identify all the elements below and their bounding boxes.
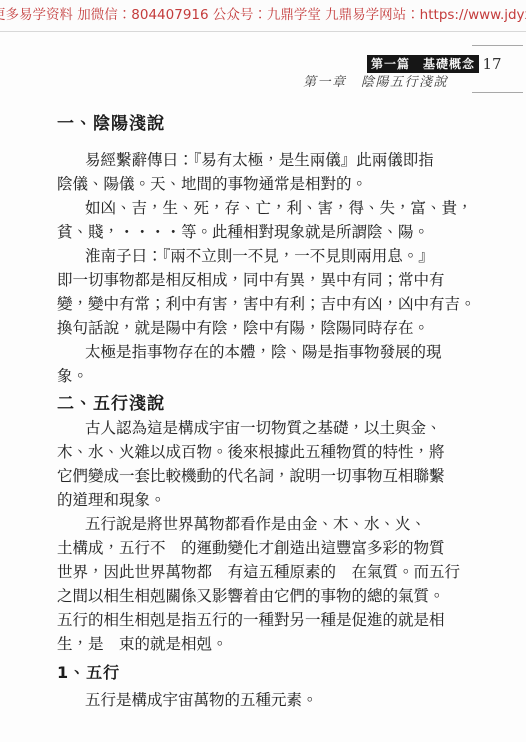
section1-heading: 一、陰陽淺說 — [57, 112, 475, 136]
promo-banner-text: 更多易学资料 加微信：804407916 公众号：九鼎学堂 九鼎易学网站：htt… — [0, 0, 526, 31]
section2-paragraph: 古人認為這是構成宇宙一切物質之基礎，以土與金、 木、水、火雜以成百物。後來根據此… — [57, 416, 475, 512]
body-column: 一、陰陽淺說 易經繫辭傳曰：『易有太極，是生兩儀』此兩儀即指 陰儀、陽儀。天、地… — [57, 112, 475, 712]
section2-heading: 二、五行淺說 — [57, 392, 475, 416]
section1-paragraph: 太極是指事物存在的本體，陰、陽是指事物發展的現 象。 — [57, 340, 475, 388]
promo-banner: 更多易学资料 加微信：804407916 公众号：九鼎学堂 九鼎易学网站：htt… — [0, 0, 526, 32]
section1-paragraph: 如凶、吉，生、死，存、亡，利、害，得、失，富、貴， 貧、賤，・・・・等。此種相對… — [57, 196, 475, 244]
section1-paragraph: 易經繫辭傳曰：『易有太極，是生兩儀』此兩儀即指 陰儀、陽儀。天、地間的事物通常是… — [57, 148, 475, 196]
page-number: 17 — [468, 55, 516, 73]
section2-paragraph: 五行說是將世界萬物都看作是由金、木、水、火、 土構成，五行不 的運動變化才創造出… — [57, 512, 475, 656]
folio-rule-bottom — [472, 92, 523, 93]
folio-rule-top — [472, 45, 523, 46]
subsection-paragraph: 五行是構成宇宙萬物的五種元素。 — [57, 688, 475, 712]
subsection-heading: 1、五行 — [57, 662, 475, 684]
chapter-title: 第一章 陰陽五行淺說 — [303, 71, 448, 90]
book-page: 更多易学资料 加微信：804407916 公众号：九鼎学堂 九鼎易学网站：htt… — [0, 0, 526, 742]
section1-paragraph: 淮南子曰：『兩不立則一不見，一不見則兩用息。』 即一切事物都是相反相成，同中有異… — [57, 244, 475, 340]
